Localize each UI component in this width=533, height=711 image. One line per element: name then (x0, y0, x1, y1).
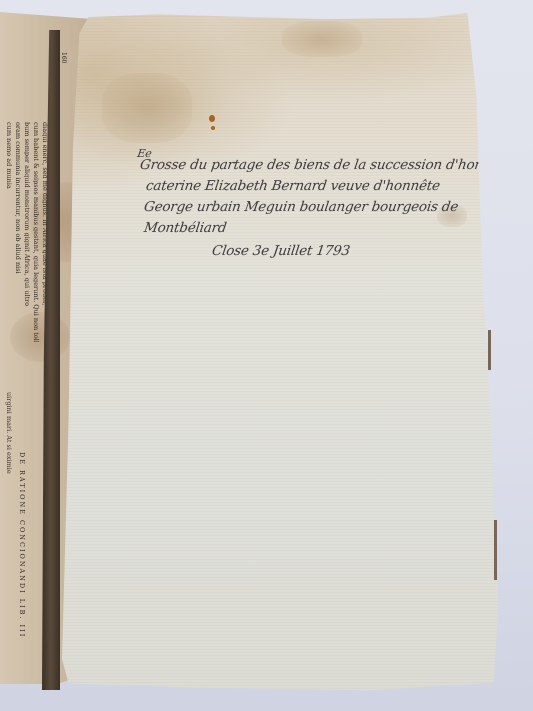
water-stain (282, 21, 362, 57)
book-text-line: bum semper aliquid monstrorum gignit Afr… (24, 122, 31, 342)
manuscript-sheet: Ee Grosse du partage des biens de la suc… (62, 13, 498, 693)
water-stain (102, 73, 192, 143)
handwritten-inscription: Ee Grosse du partage des biens de la suc… (132, 143, 502, 262)
inscription-line: Montbéliard (143, 218, 504, 239)
book-text-line: cum nemo ad munia (6, 122, 13, 342)
inscription-date: Close 3e Juillet 1793 (211, 241, 504, 262)
book-text-line: cum habent & seipsos manibus gestant, qu… (33, 122, 40, 342)
torn-edge (488, 330, 491, 370)
book-page-number: 160 (60, 52, 67, 63)
heading-mark: Ee (137, 143, 503, 155)
inscription-line: George urbain Meguin boulanger bourgeois… (143, 197, 504, 218)
book-text-line: uirgini mari. At si eximie (4, 392, 13, 474)
ink-spot (209, 115, 215, 122)
ink-spot (211, 126, 215, 130)
torn-edge (494, 520, 497, 580)
book-running-head-bottom: DE RATIONE CONCIONANDI LIB. III (18, 452, 26, 638)
inscription-line: caterine Elizabeth Bernard veuve d'honnê… (145, 176, 504, 197)
photo-scene: 160 ECCLESIASTAE SIVE cum nemo ad munia … (0, 0, 533, 711)
inscription-line: Grosse du partage des biens de la succes… (139, 155, 504, 176)
book-text-line: oram communia incurrentur, non ob aliud … (15, 122, 22, 342)
